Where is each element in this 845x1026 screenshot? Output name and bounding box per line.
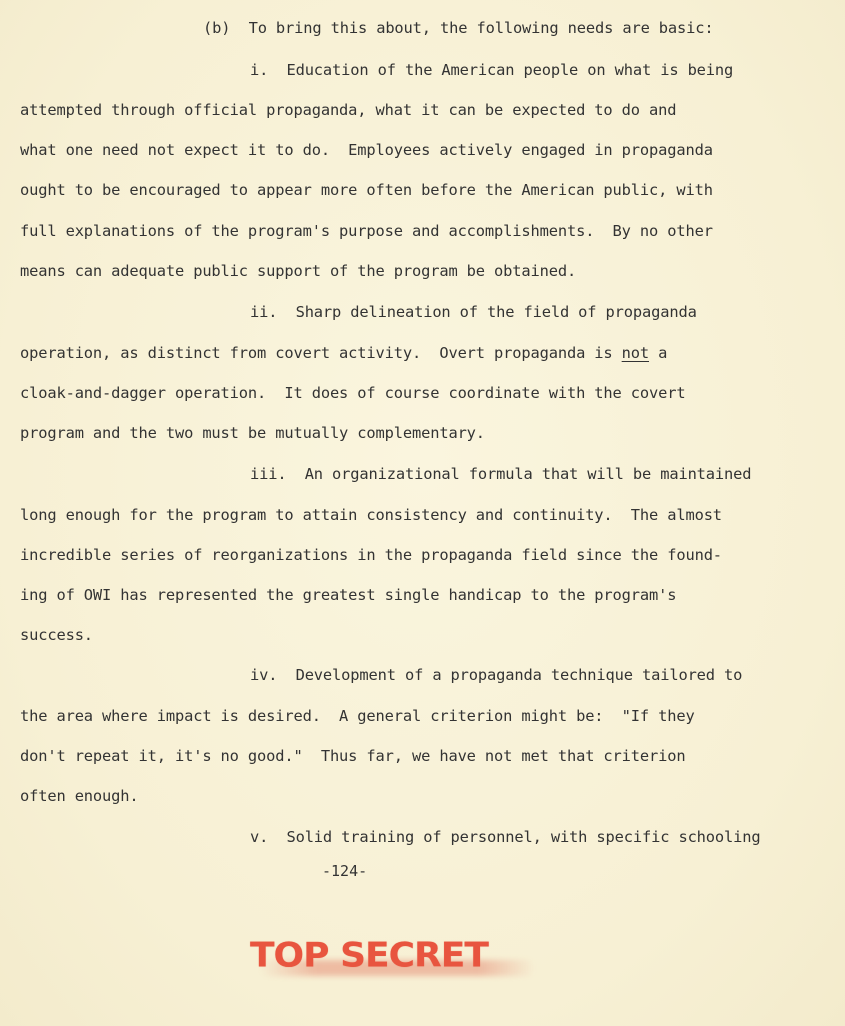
text-line: often enough. [20, 786, 139, 806]
page-number: -124- [322, 862, 367, 880]
text-line: iv. Development of a propaganda techniqu… [250, 665, 742, 685]
text-line: v. Solid training of personnel, with spe… [250, 827, 761, 847]
text-line: operation, as distinct from covert activ… [20, 343, 667, 363]
text-line: ii. Sharp delineation of the field of pr… [250, 302, 697, 322]
text-line: cloak-and-dagger operation. It does of c… [20, 383, 685, 403]
text-line: the area where impact is desired. A gene… [20, 706, 695, 726]
text-line: attempted through official propaganda, w… [20, 100, 676, 120]
text-line: program and the two must be mutually com… [20, 423, 485, 443]
underlined-word: not [622, 344, 649, 362]
text-line: what one need not expect it to do. Emplo… [20, 140, 713, 160]
text-segment: a [649, 344, 667, 362]
text-line: incredible series of reorganizations in … [20, 545, 722, 565]
text-segment: operation, as distinct from covert activ… [20, 344, 622, 362]
text-line: success. [20, 625, 93, 645]
classification-stamp: TOP SECRET [250, 936, 488, 975]
text-line: means can adequate public support of the… [20, 261, 576, 281]
text-line: (b) To bring this about, the following n… [203, 18, 714, 38]
text-line: long enough for the program to attain co… [20, 505, 722, 525]
text-line: iii. An organizational formula that will… [250, 464, 751, 484]
text-line: ought to be encouraged to appear more of… [20, 180, 713, 200]
text-line: full explanations of the program's purpo… [20, 221, 713, 241]
text-line: ing of OWI has represented the greatest … [20, 585, 676, 605]
document-page: (b) To bring this about, the following n… [0, 0, 845, 1026]
text-line: don't repeat it, it's no good." Thus far… [20, 746, 685, 766]
text-line: i. Education of the American people on w… [250, 60, 733, 80]
